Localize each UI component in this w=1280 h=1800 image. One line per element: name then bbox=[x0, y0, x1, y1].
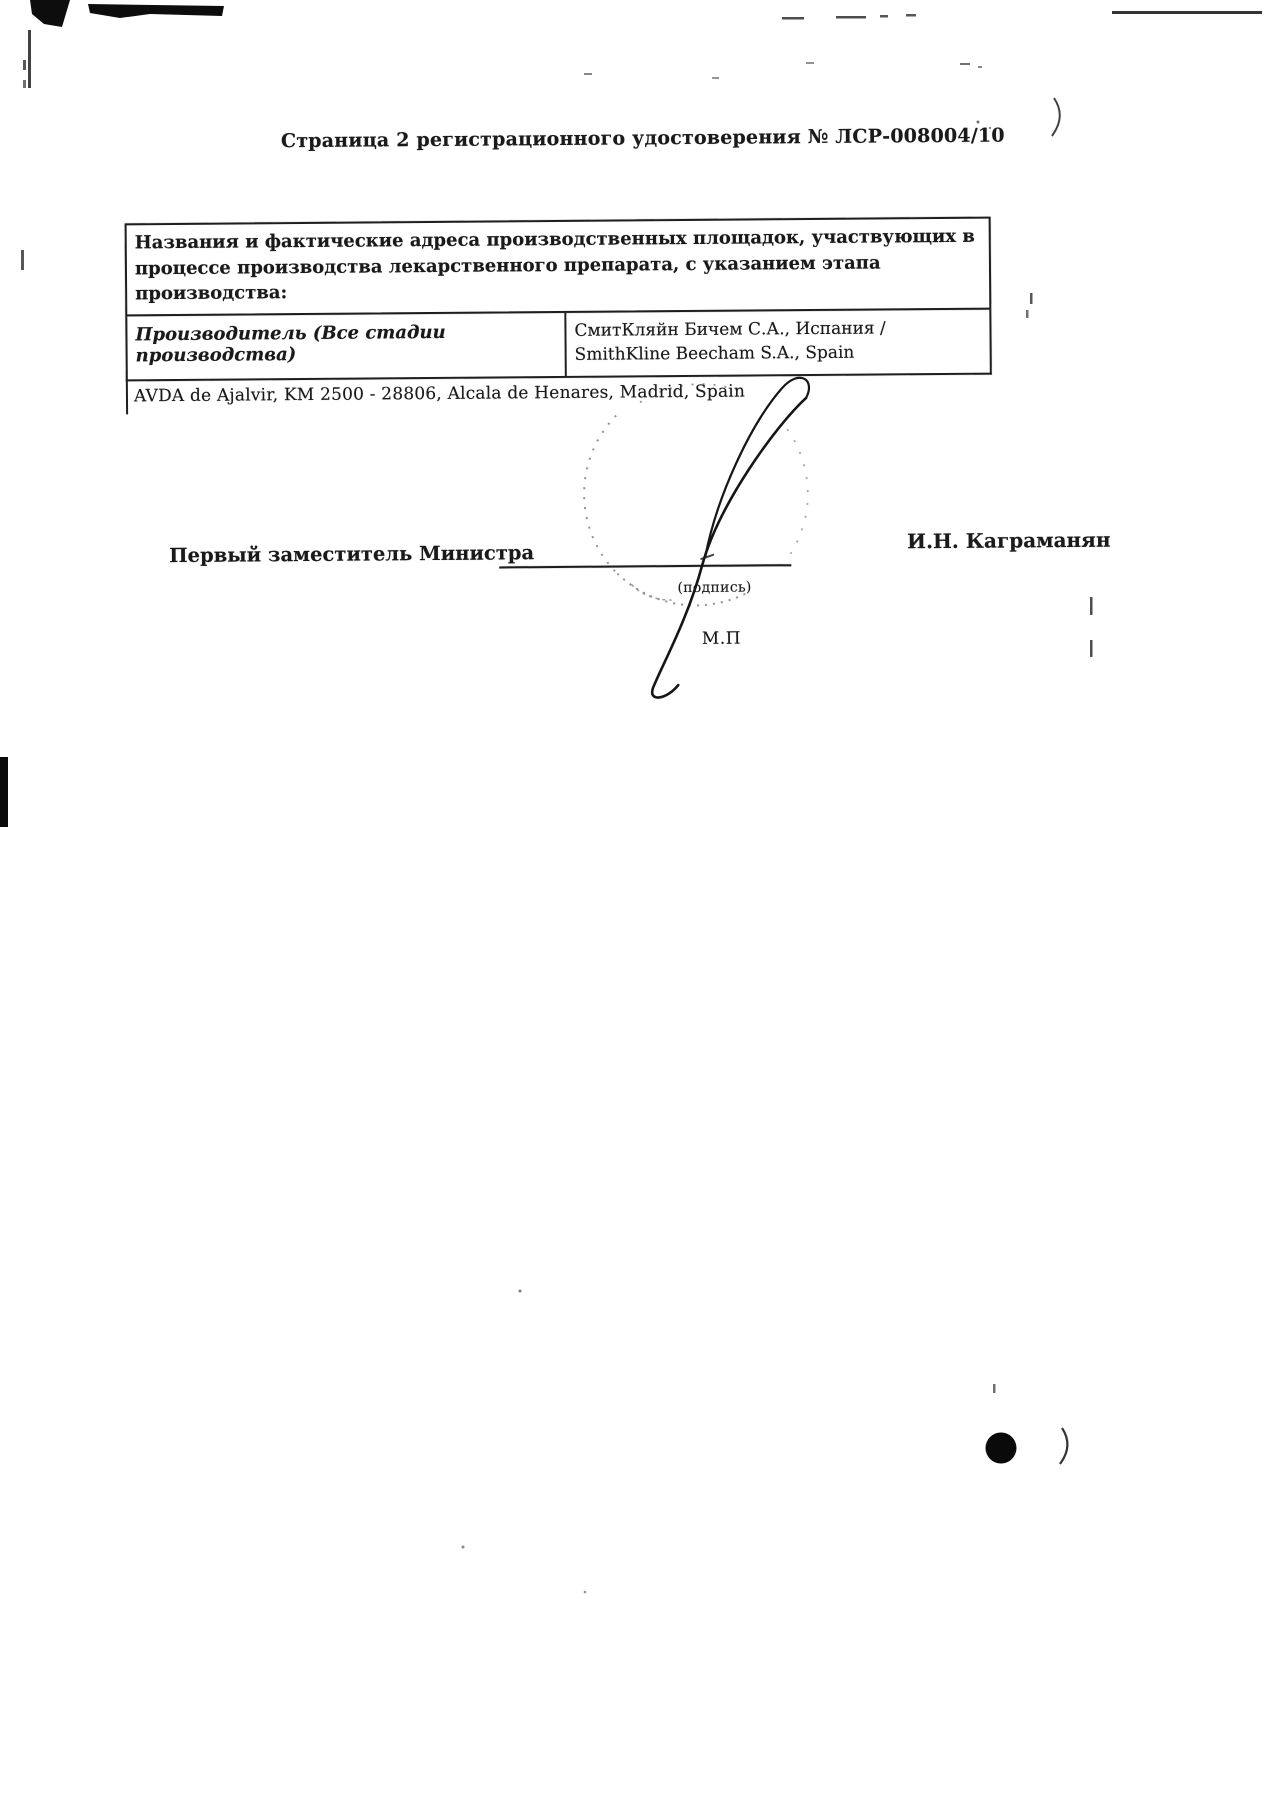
signature-stroke bbox=[650, 378, 812, 698]
table-title-cell: Названия и фактические адреса производст… bbox=[125, 217, 992, 316]
seal-placeholder-label: М.П bbox=[702, 629, 741, 649]
producer-role-cell: Производитель (Все стадии производства) bbox=[127, 313, 564, 380]
table-row-producer: Производитель (Все стадии производства) … bbox=[125, 309, 991, 381]
signature-caption: (подпись) bbox=[677, 580, 751, 597]
scanned-document-page: Страница 2 регистрационного удостоверени… bbox=[0, 0, 1280, 1800]
official-stamp-icon bbox=[583, 383, 808, 606]
signer-name: И.Н. Каграманян bbox=[907, 528, 1111, 554]
page-header: Страница 2 регистрационного удостоверени… bbox=[281, 126, 861, 153]
signatory-position-title: Первый заместитель Министра bbox=[169, 541, 534, 567]
manufacturing-sites-table: Названия и фактические адреса производст… bbox=[125, 217, 992, 415]
document-content: Страница 2 регистрационного удостоверени… bbox=[0, 0, 1280, 1800]
producer-address-cell: AVDA de Ajalvir, KM 2500 - 28806, Alcala… bbox=[126, 375, 992, 415]
producer-name-cell: СмитКляйн Бичем С.А., Испания / SmithKli… bbox=[564, 309, 989, 376]
signature-line bbox=[499, 564, 791, 568]
